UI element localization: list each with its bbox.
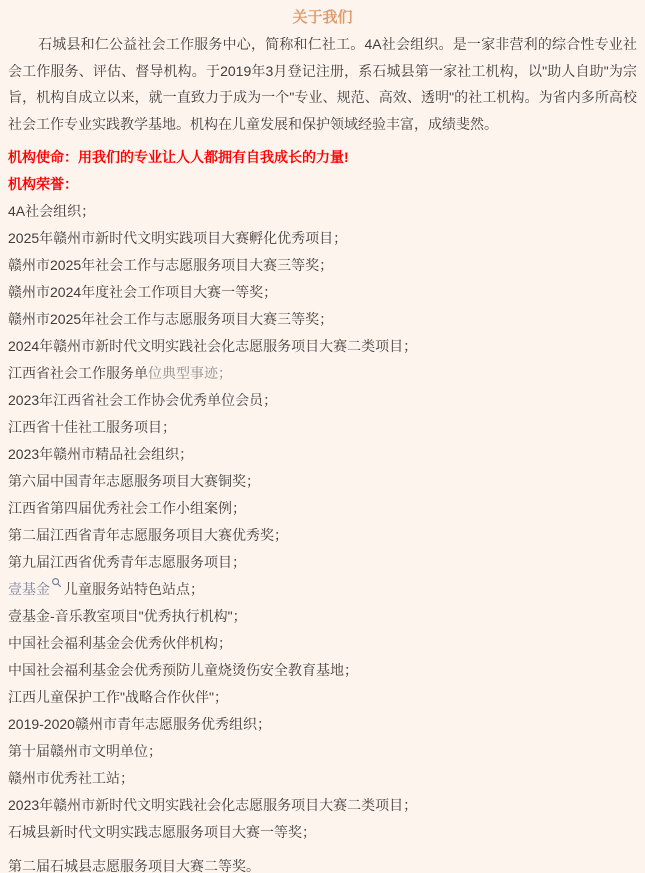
honor-item: 第十届赣州市文明单位；	[8, 738, 637, 765]
honor-item: 江西省社会工作服务单位典型事迹；	[8, 360, 637, 387]
honor-item: 赣州市优秀社工站；	[8, 765, 637, 792]
honor-text: 第六届中国青年志愿服务项目大赛铜奖；	[8, 473, 260, 489]
honor-item: 赣州市2025年社会工作与志愿服务项目大赛三等奖；	[8, 306, 637, 333]
honors-list: 4A社会组织；2025年赣州市新时代文明实践项目大赛孵化优秀项目；赣州市2025…	[8, 198, 637, 873]
honor-item: 4A社会组织；	[8, 198, 637, 225]
honor-item: 2019-2020赣州市青年志愿服务优秀组织；	[8, 711, 637, 738]
honor-text: 江西省社会工作服务单	[8, 365, 148, 381]
honor-item: 2023年江西省社会工作协会优秀单位会员；	[8, 387, 637, 414]
honor-text: 赣州市2024年度社会工作项目大赛一等奖；	[8, 284, 277, 300]
about-page: 关于我们 石城县和仁公益社会工作服务中心，简称和仁社工。4A社会组织。是一家非营…	[0, 0, 645, 873]
honor-text: 赣州市2025年社会工作与志愿服务项目大赛三等奖；	[8, 257, 333, 273]
honor-item: 赣州市2025年社会工作与志愿服务项目大赛三等奖；	[8, 252, 637, 279]
honor-text: 中国社会福利基金会优秀预防儿童烧烫伤安全教育基地；	[8, 662, 358, 678]
mission-statement: 机构使命：用我们的专业让人人都拥有自我成长的力量!	[8, 144, 637, 171]
honor-text: 赣州市优秀社工站；	[8, 770, 134, 786]
honor-text: 壹基金-音乐教室项目"优秀执行机构"；	[8, 608, 247, 624]
honor-text: 中国社会福利基金会优秀伙伴机构；	[8, 635, 232, 651]
honor-text: 第九届江西省优秀青年志愿服务项目；	[8, 554, 246, 570]
honor-item: 2023年赣州市新时代文明实践社会化志愿服务项目大赛二类项目；	[8, 792, 637, 819]
intro-paragraph: 石城县和仁公益社会工作服务中心，简称和仁社工。4A社会组织。是一家非营利的综合性…	[8, 31, 637, 137]
search-icon[interactable]	[51, 577, 62, 588]
honor-text: 第二届石城县志愿服务项目大赛二等奖。	[8, 858, 260, 873]
honor-link[interactable]: 壹基金	[8, 581, 50, 597]
honor-muted-text: 位典型事迹；	[148, 365, 232, 381]
honor-item: 壹基金儿童服务站特色站点；	[8, 576, 637, 603]
honor-item: 第二届石城县志愿服务项目大赛二等奖。	[8, 853, 637, 873]
honor-text: 石城县新时代文明实践志愿服务项目大赛一等奖；	[8, 824, 316, 840]
honor-item: 赣州市2024年度社会工作项目大赛一等奖；	[8, 279, 637, 306]
honor-text: 4A社会组织；	[8, 203, 95, 219]
honor-item: 第二届江西省青年志愿服务项目大赛优秀奖；	[8, 522, 637, 549]
honor-text: 江西省十佳社工服务项目；	[8, 419, 176, 435]
honor-text: 2025年赣州市新时代文明实践项目大赛孵化优秀项目；	[8, 230, 347, 246]
honor-item: 江西省第四届优秀社会工作小组案例；	[8, 495, 637, 522]
honor-item: 2023年赣州市精品社会组织；	[8, 441, 637, 468]
honors-heading: 机构荣誉：	[8, 171, 637, 198]
honor-item: 中国社会福利基金会优秀预防儿童烧烫伤安全教育基地；	[8, 657, 637, 684]
honor-item: 壹基金-音乐教室项目"优秀执行机构"；	[8, 603, 637, 630]
honor-text: 2023年江西省社会工作协会优秀单位会员；	[8, 392, 277, 408]
honor-item: 江西儿童保护工作"战略合作伙伴"；	[8, 684, 637, 711]
page-title: 关于我们	[8, 5, 637, 31]
honor-text: 第二届江西省青年志愿服务项目大赛优秀奖；	[8, 527, 288, 543]
honor-item: 2024年赣州市新时代文明实践社会化志愿服务项目大赛二类项目；	[8, 333, 637, 360]
honor-text: 2023年赣州市精品社会组织；	[8, 446, 193, 462]
honor-text: 2023年赣州市新时代文明实践社会化志愿服务项目大赛二类项目；	[8, 797, 417, 813]
honor-text: 儿童服务站特色站点；	[64, 581, 204, 597]
honor-text: 第十届赣州市文明单位；	[8, 743, 162, 759]
honor-item: 石城县新时代文明实践志愿服务项目大赛一等奖；	[8, 819, 637, 846]
honor-item: 第六届中国青年志愿服务项目大赛铜奖；	[8, 468, 637, 495]
honor-text: 江西省第四届优秀社会工作小组案例；	[8, 500, 246, 516]
honor-item: 中国社会福利基金会优秀伙伴机构；	[8, 630, 637, 657]
honor-text: 2024年赣州市新时代文明实践社会化志愿服务项目大赛二类项目；	[8, 338, 417, 354]
honor-item: 第九届江西省优秀青年志愿服务项目；	[8, 549, 637, 576]
honor-item: 2025年赣州市新时代文明实践项目大赛孵化优秀项目；	[8, 225, 637, 252]
honor-text: 2019-2020赣州市青年志愿服务优秀组织；	[8, 716, 271, 732]
honor-text: 江西儿童保护工作"战略合作伙伴"；	[8, 689, 228, 705]
honor-item: 江西省十佳社工服务项目；	[8, 414, 637, 441]
honor-text: 赣州市2025年社会工作与志愿服务项目大赛三等奖；	[8, 311, 333, 327]
